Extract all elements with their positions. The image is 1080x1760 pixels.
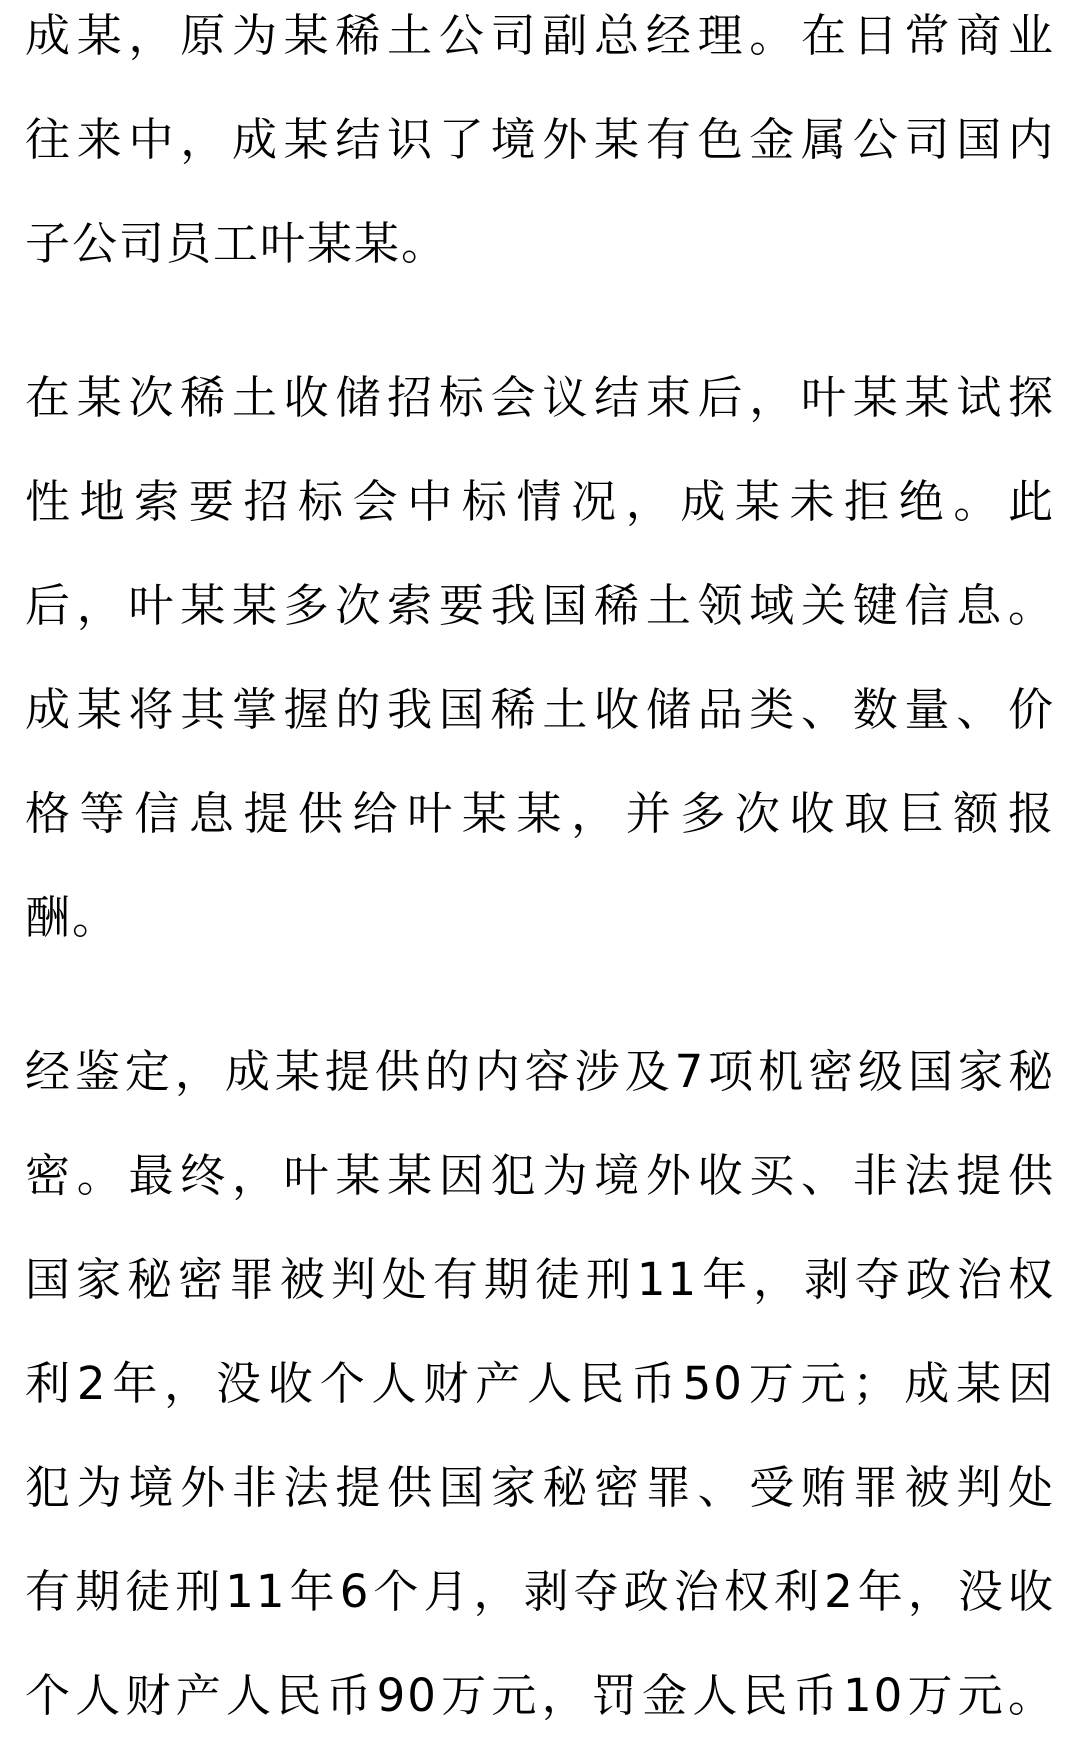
text-line: 个人财产人民币90万元，罚金人民币10万元。 — [25, 1644, 1055, 1748]
text-line: 格等信息提供给叶某某，并多次收取巨额报 — [25, 762, 1055, 866]
text-line: 密。最终，叶某某因犯为境外收买、非法提供 — [25, 1124, 1055, 1228]
text-line: 国家秘密罪被判处有期徒刑11年，剥夺政治权 — [25, 1228, 1055, 1332]
paragraph-events: 在某次稀土收储招标会议结束后，叶某某试探 性地索要招标会中标情况，成某未拒绝。此… — [25, 346, 1055, 970]
text-line: 利2年，没收个人财产人民币50万元；成某因 — [25, 1332, 1055, 1436]
text-line: 犯为境外非法提供国家秘密罪、受贿罪被判处 — [25, 1436, 1055, 1540]
paragraph-intro: 成某，原为某稀土公司副总经理。在日常商业 往来中，成某结识了境外某有色金属公司国… — [25, 0, 1055, 296]
article-page: 成某，原为某稀土公司副总经理。在日常商业 往来中，成某结识了境外某有色金属公司国… — [0, 0, 1080, 1748]
text-line: 有期徒刑11年6个月，剥夺政治权利2年，没收 — [25, 1540, 1055, 1644]
paragraph-verdict: 经鉴定，成某提供的内容涉及7项机密级国家秘 密。最终，叶某某因犯为境外收买、非法… — [25, 1020, 1055, 1748]
text-line: 成某将其掌握的我国稀土收储品类、数量、价 — [25, 658, 1055, 762]
text-line: 在某次稀土收储招标会议结束后，叶某某试探 — [25, 346, 1055, 450]
text-line: 酬。 — [25, 866, 1055, 970]
text-line: 成某，原为某稀土公司副总经理。在日常商业 — [25, 0, 1055, 88]
text-line: 性地索要招标会中标情况，成某未拒绝。此 — [25, 450, 1055, 554]
text-line: 子公司员工叶某某。 — [25, 192, 1055, 296]
text-line: 后，叶某某多次索要我国稀土领域关键信息。 — [25, 554, 1055, 658]
text-line: 经鉴定，成某提供的内容涉及7项机密级国家秘 — [25, 1020, 1055, 1124]
text-line: 往来中，成某结识了境外某有色金属公司国内 — [25, 88, 1055, 192]
